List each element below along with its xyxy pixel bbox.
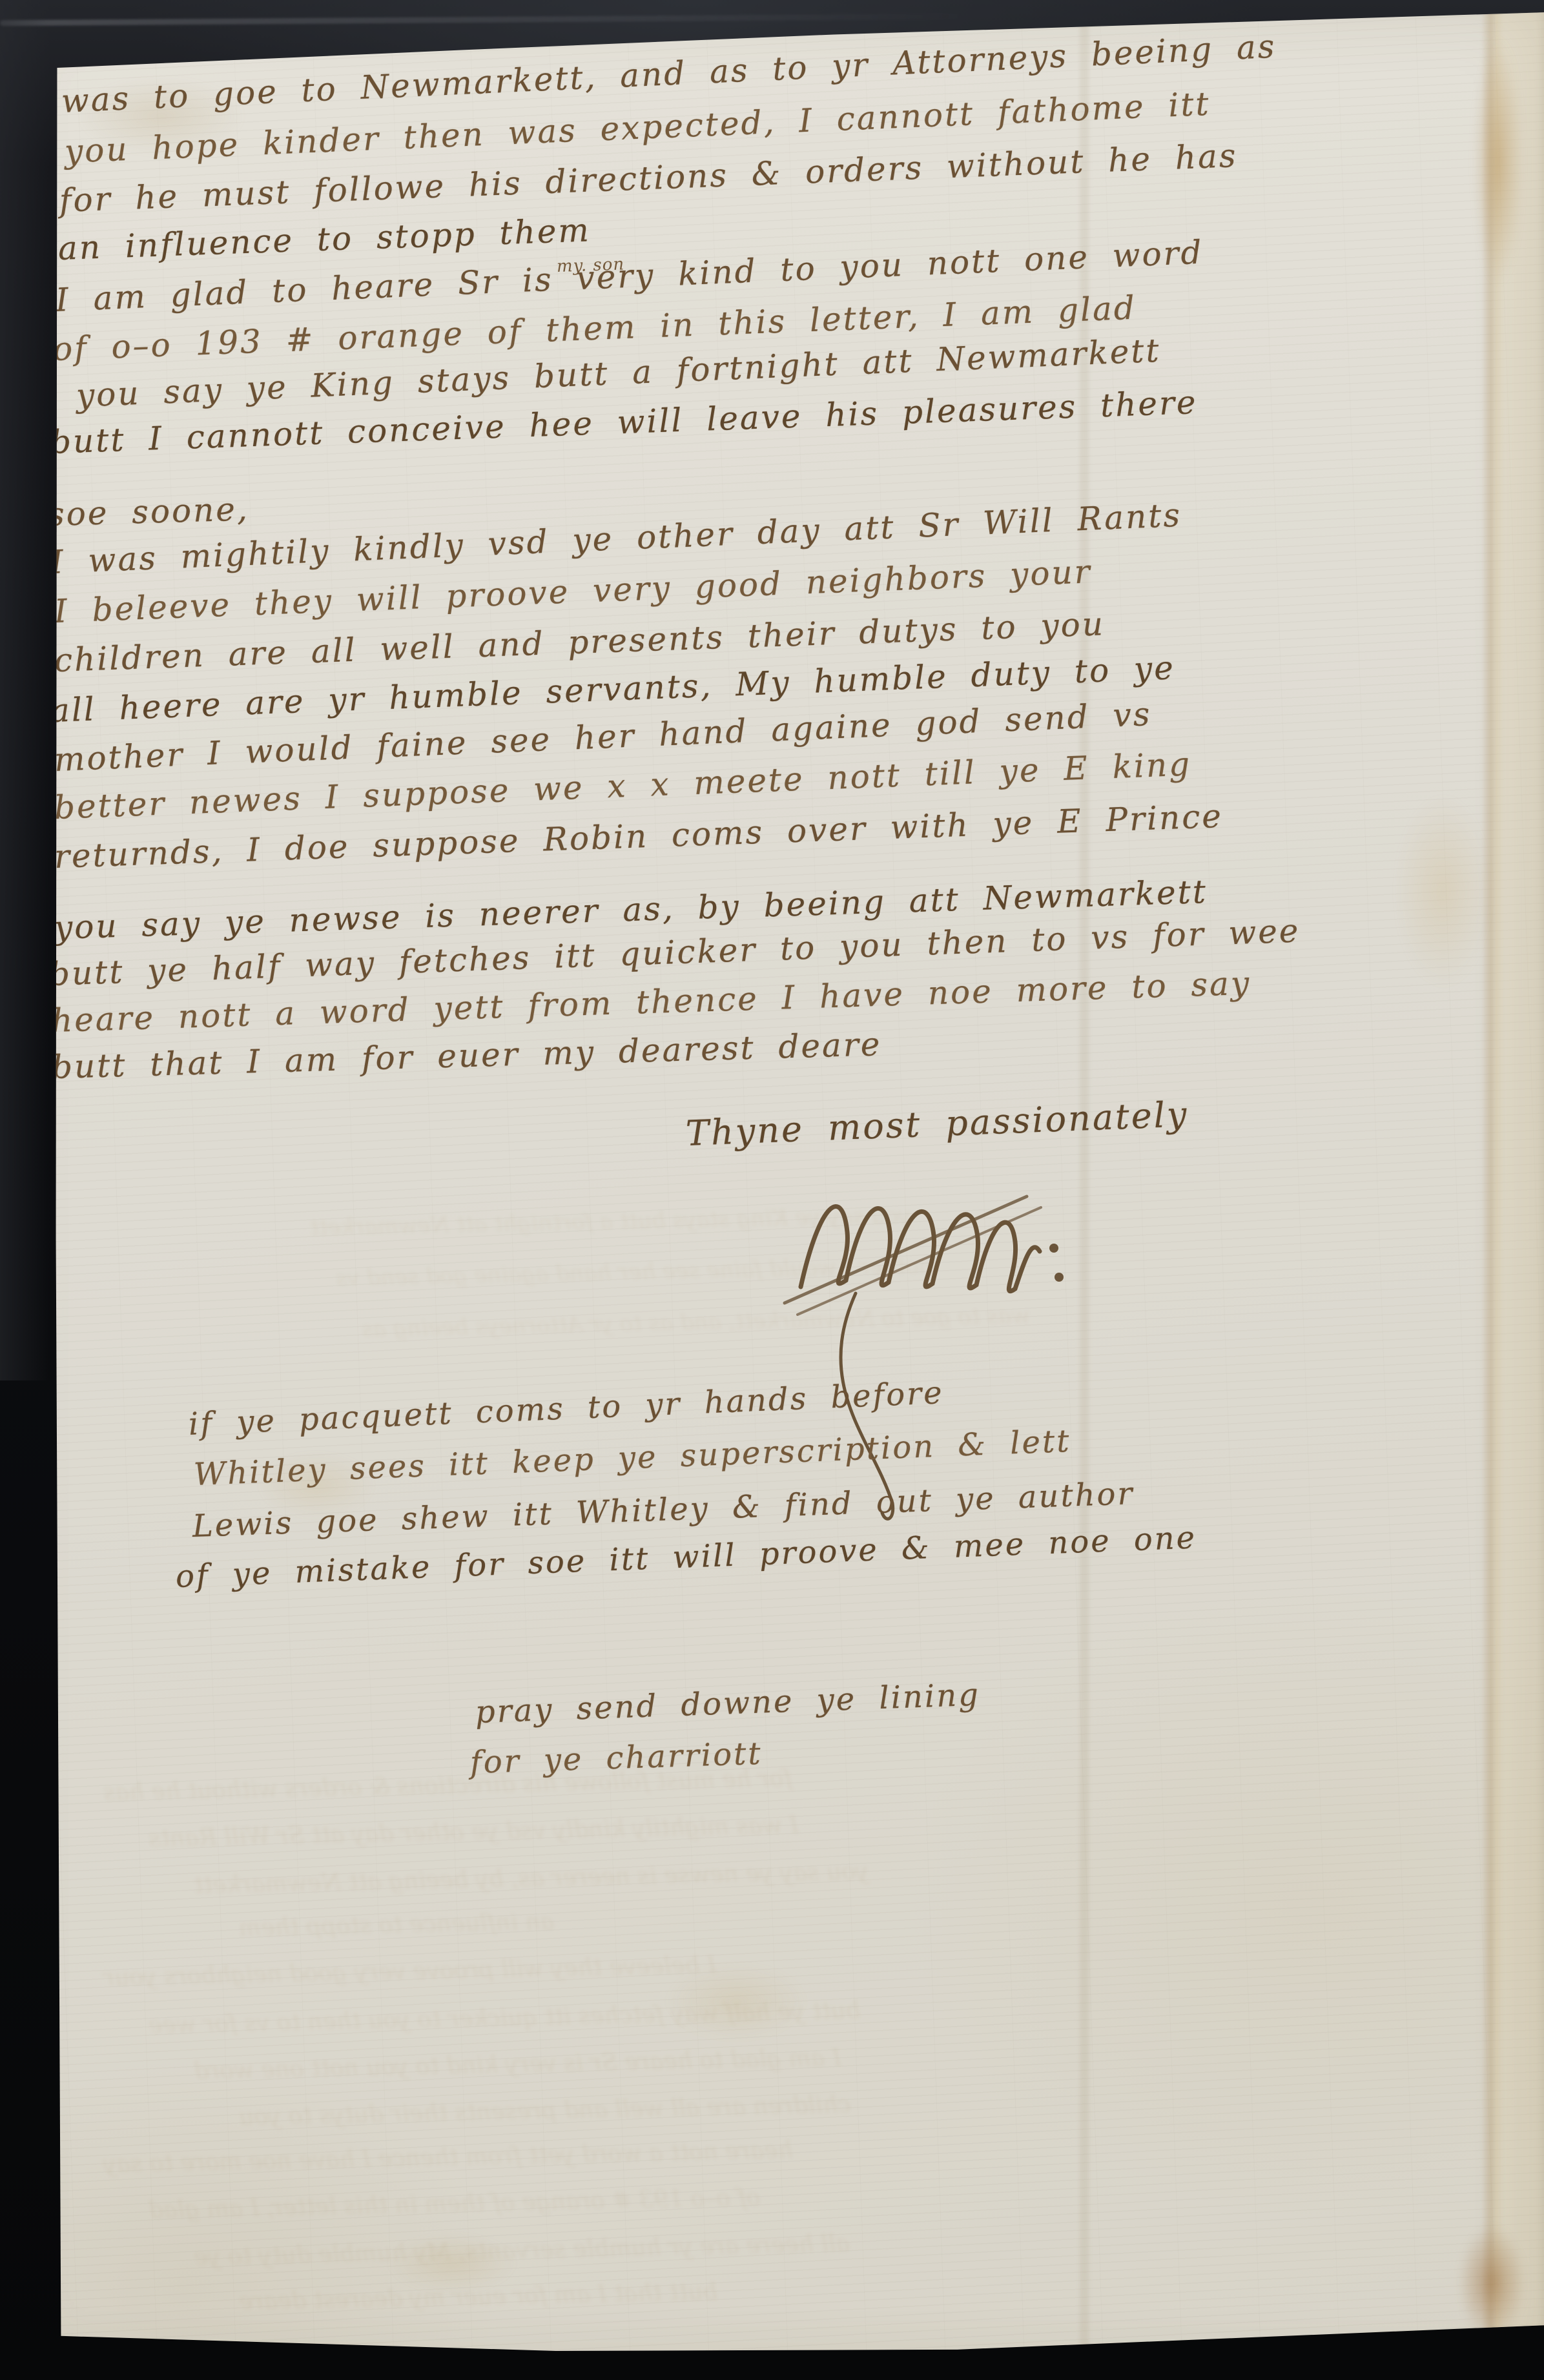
paper-stain [387,2234,517,2292]
backdrop-shadow [0,0,50,1380]
postscript-line: for ye charriott [469,1736,763,1781]
bleedthrough-text: an influence to stopp them [239,1909,555,1942]
bleedthrough-text: I am glad to heare Sr is very kind to yo… [194,2045,842,2085]
paper-stain [1395,794,1492,988]
interline-note: my. son [556,254,624,276]
paper-stain [1474,36,1523,287]
bleedthrough-text: I beleeve they will proove very good nei… [103,1952,717,1991]
postscript-line: pray send downe ye lining [475,1677,981,1730]
bleedthrough-text: you say ye newse is neerer as, by beeing… [194,1858,869,1899]
photo-background: for he must followe his directions & ord… [0,0,1544,2380]
bleedthrough-text: I was mightily kindly vsd ye other day a… [149,1812,799,1852]
bleedthrough-text: heare nott a word yett from thence I hav… [103,2137,793,2178]
bleedthrough-text: of o–o 193 # orange of them in this lett… [149,2184,761,2224]
paper-stain [665,1963,807,2040]
backdrop-ridge [0,14,969,26]
paper-stain [1458,2224,1525,2341]
bleedthrough-text: all heere are yr humble servants, My hum… [194,2230,850,2270]
letter-page: for he must followe his directions & ord… [0,0,1544,2380]
bleedthrough-text: children are all well and presents their… [239,2091,851,2131]
folded-edge-strip [1496,0,1544,2380]
letter-line: an influence to stopp them [57,211,592,267]
letter-line: soe soone, [47,490,249,533]
